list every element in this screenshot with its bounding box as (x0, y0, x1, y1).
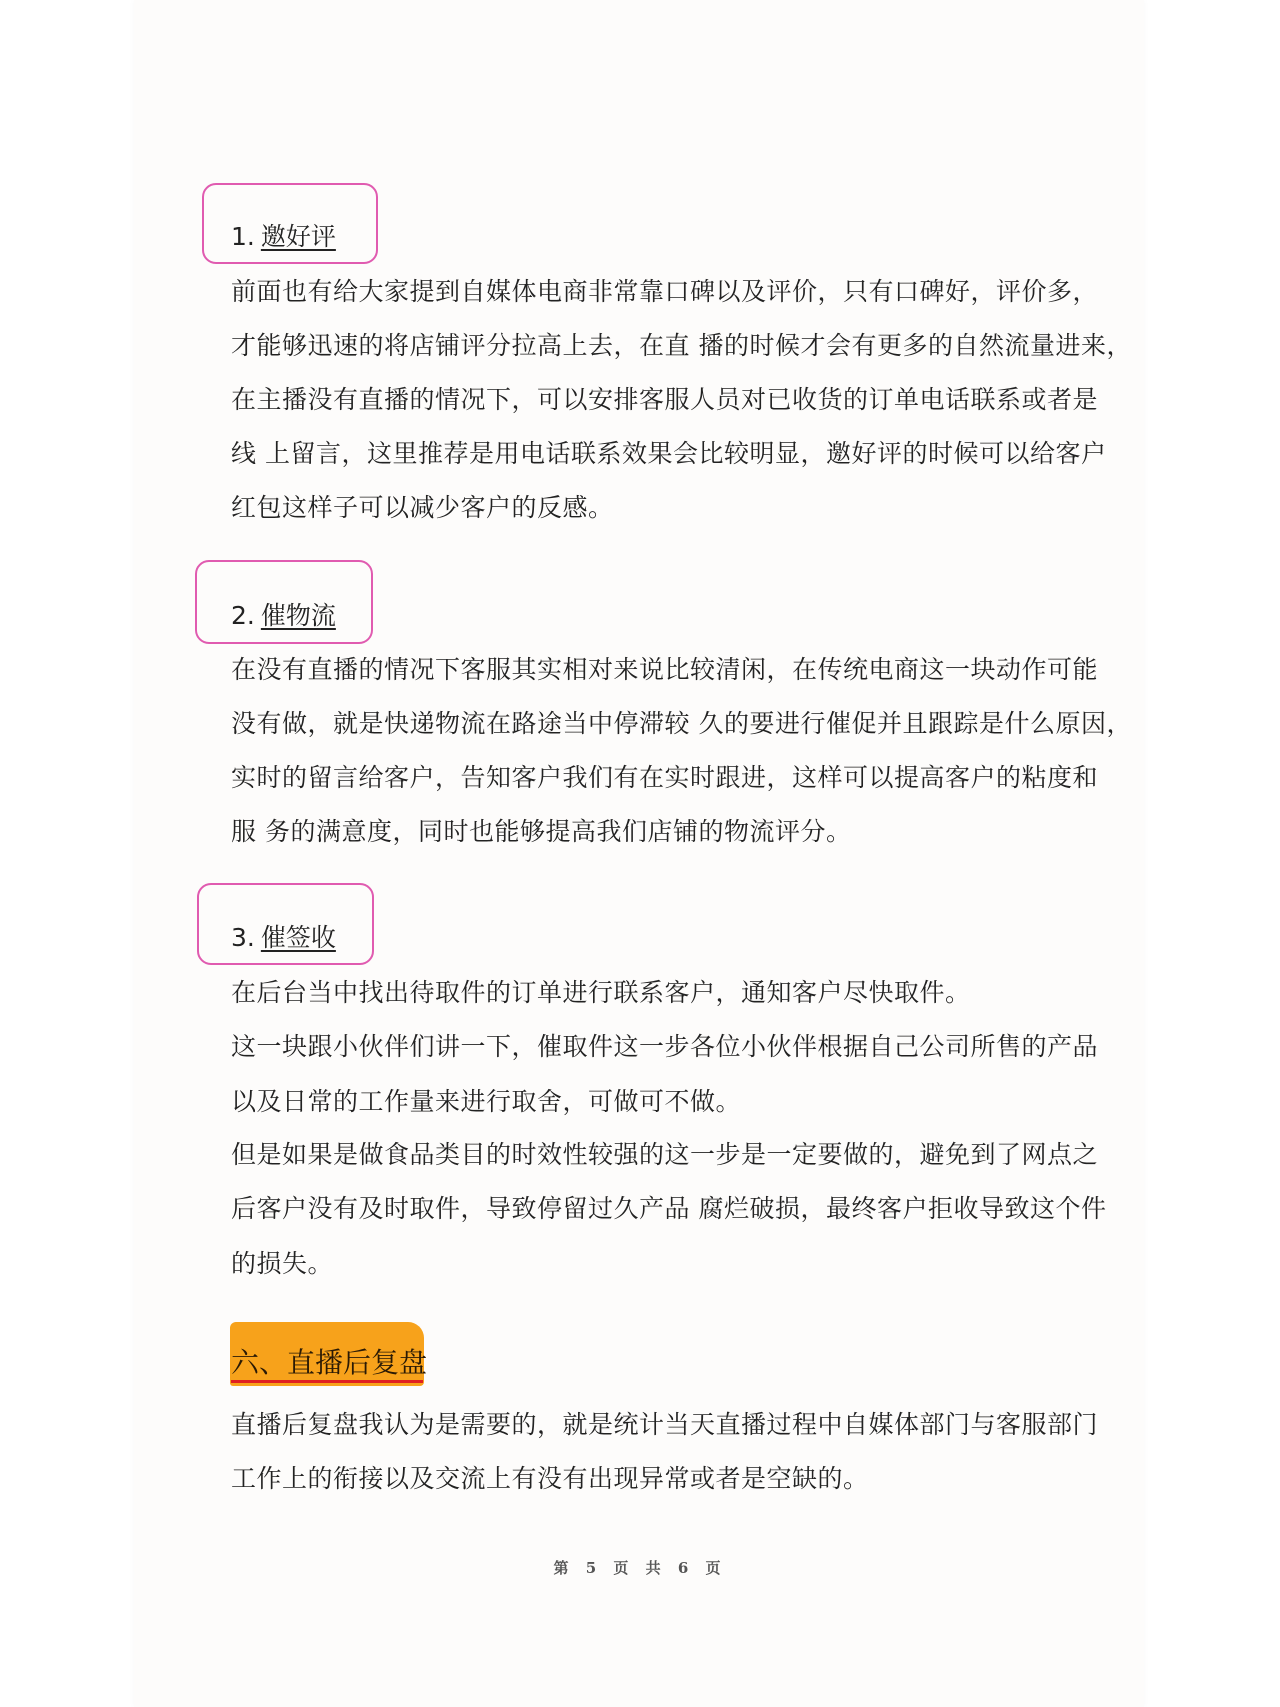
paragraph-line: 直播后复盘我认为是需要的，就是统计当天直播过程中自媒体部门与客服部门 (231, 1410, 1098, 1440)
item-heading-2: 2.催物流 (231, 601, 336, 631)
paragraph-line: 才能够迅速的将店铺评分拉高上去，在直 播的时候才会有更多的自然流量进来， (231, 331, 1132, 361)
paragraph-line: 但是如果是做食品类目的时效性较强的这一步是一定要做的，避免到了网点之 (231, 1140, 1098, 1170)
paragraph-line: 的损失。 (231, 1249, 333, 1279)
paragraph-line: 在主播没有直播的情况下，可以安排客服人员对已收货的订单电话联系或者是 (231, 385, 1098, 415)
paragraph-line: 以及日常的工作量来进行取舍，可做可不做。 (231, 1087, 741, 1117)
paragraph-line: 实时的留言给客户，告知客户我们有在实时跟进，这样可以提高客户的粘度和 (231, 763, 1098, 793)
paragraph-line: 线 上留言，这里推荐是用电话联系效果会比较明显，邀好评的时候可以给客户 (231, 439, 1106, 469)
paragraph-line: 在后台当中找出待取件的订单进行联系客户，通知客户尽快取件。 (231, 978, 971, 1008)
paragraph-line: 服 务的满意度，同时也能够提高我们店铺的物流评分。 (231, 817, 851, 847)
item-number: 2. (231, 601, 255, 630)
paragraph-line: 红包这样子可以减少客户的反感。 (231, 493, 614, 523)
item-title: 邀好评 (261, 222, 336, 251)
item-number: 1. (231, 222, 255, 251)
item-heading-1: 1.邀好评 (231, 222, 336, 252)
heading-underline (231, 1380, 423, 1383)
item-title: 催签收 (261, 923, 336, 952)
paragraph-line: 这一块跟小伙伴们讲一下，催取件这一步各位小伙伴根据自己公司所售的产品 (231, 1032, 1098, 1062)
section-heading: 六、直播后复盘 (231, 1346, 427, 1380)
page-number-footer: 第 5 页 共 6 页 (0, 1557, 1280, 1578)
paragraph-line: 工作上的衔接以及交流上有没有出现异常或者是空缺的。 (231, 1464, 869, 1494)
paragraph-line: 前面也有给大家提到自媒体电商非常靠口碑以及评价，只有口碑好，评价多， (231, 277, 1098, 307)
item-title: 催物流 (261, 601, 336, 630)
item-heading-3: 3.催签收 (231, 923, 336, 953)
paragraph-line: 在没有直播的情况下客服其实相对来说比较清闲，在传统电商这一块动作可能 (231, 655, 1098, 685)
paragraph-line: 没有做，就是快递物流在路途当中停滞较 久的要进行催促并且跟踪是什么原因， (231, 709, 1132, 739)
paragraph-line: 后客户没有及时取件，导致停留过久产品 腐烂破损，最终客户拒收导致这个件 (231, 1194, 1106, 1224)
item-number: 3. (231, 923, 255, 952)
